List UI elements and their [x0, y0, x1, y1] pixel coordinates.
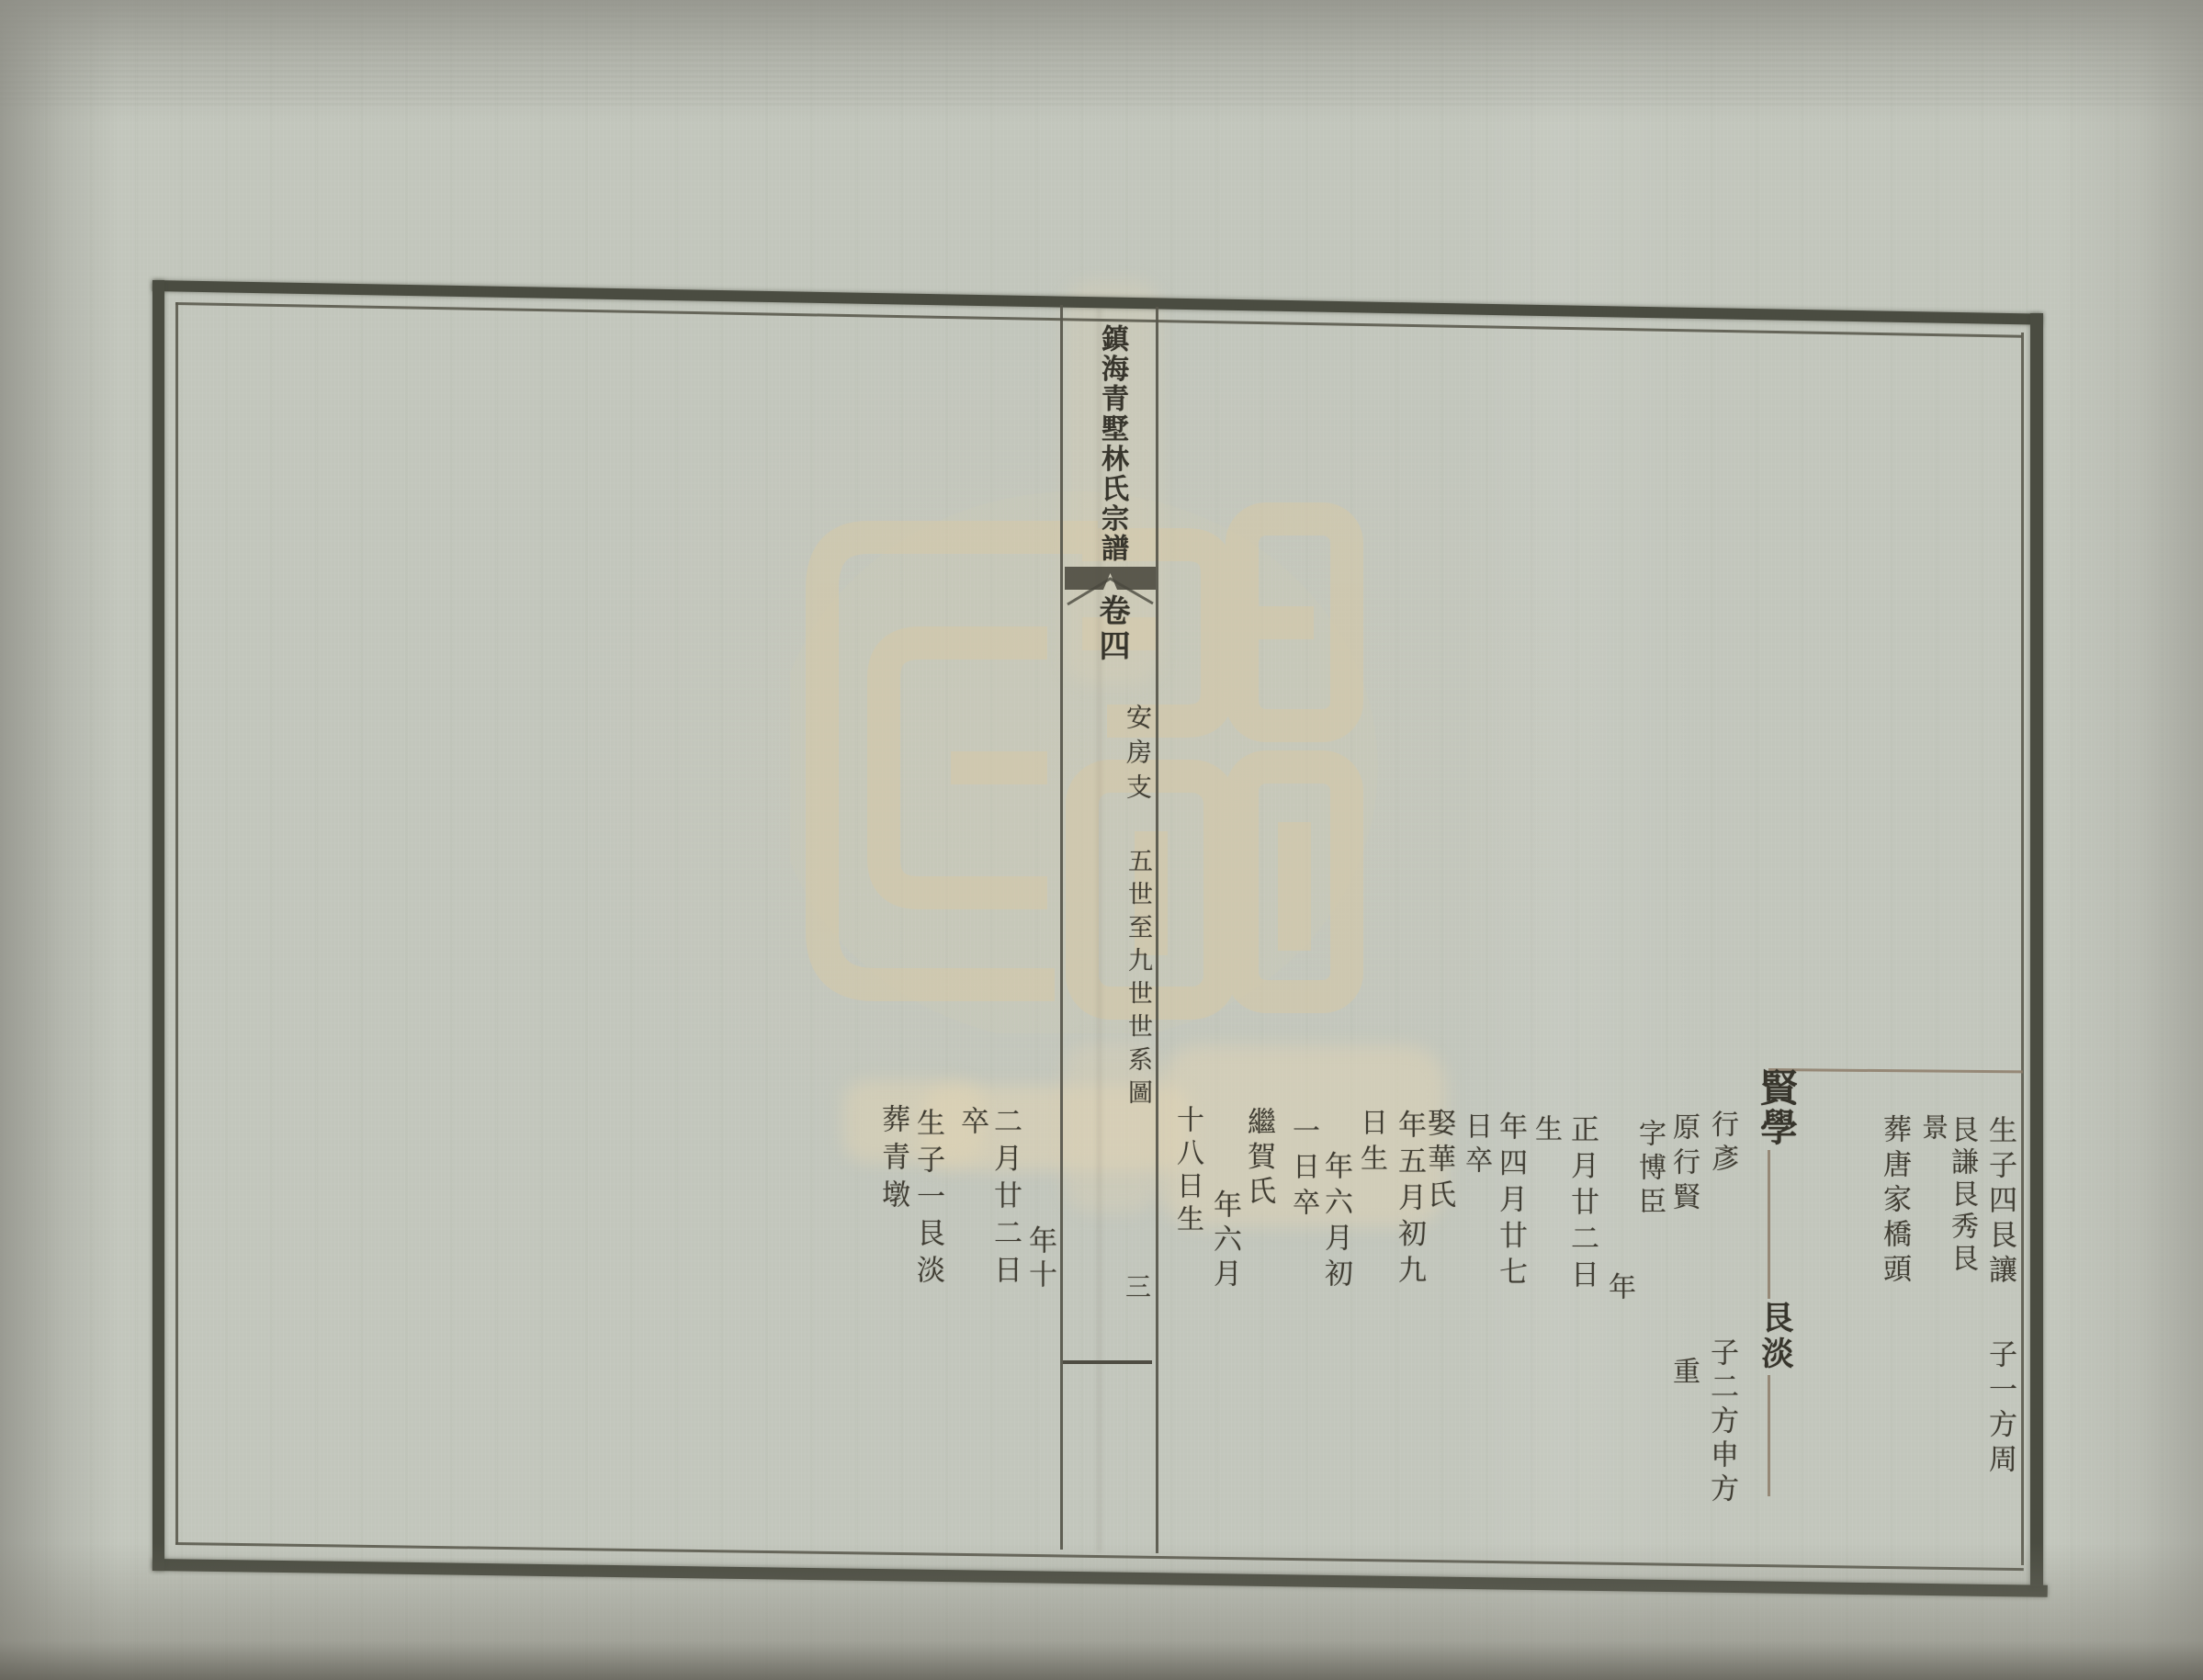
chart-connector-vertical-upper: [1768, 1150, 1770, 1299]
right-col-grandsons: 子二方申方: [1701, 1337, 1743, 1507]
right-col-grandson: 子一方周: [1980, 1339, 2021, 1479]
right-col-death-date: 年四月廿七: [1490, 1111, 1531, 1293]
right-col-death-date-cont: 日卒: [1455, 1111, 1496, 1179]
right-col-wife-birth: 年五月初九: [1389, 1110, 1430, 1291]
chart-connector-vertical-lower: [1768, 1375, 1770, 1496]
right-col-wife-death-cont: 一日卒: [1282, 1116, 1323, 1223]
banxin-title: 鎮海青墅林氏宗譜: [1091, 324, 1132, 564]
banxin-divider-line: [1063, 1360, 1152, 1364]
page-frame-right: [2030, 313, 2043, 1586]
banxin-section: 五世至九世世系圖: [1120, 848, 1156, 1112]
right-col-birth-year: 年: [1599, 1272, 1639, 1300]
banxin-volume: 卷四: [1090, 594, 1135, 664]
person-name: 賢學: [1749, 1068, 1803, 1147]
page-frame-left: [153, 280, 164, 1571]
left-col-died: 卒: [952, 1106, 993, 1134]
right-col-sons-list-3: 景: [1915, 1113, 1953, 1140]
child-name: 艮淡: [1752, 1301, 1798, 1372]
chart-connector-horizontal: [1768, 1068, 2023, 1073]
left-col-burial: 葬青墩: [873, 1104, 914, 1217]
right-col-sons-list-1: 生子四艮讓: [1980, 1115, 2021, 1290]
page-frame-inner-left: [175, 302, 178, 1544]
right-col-second-wife-birth-cont: 十八日生: [1167, 1105, 1207, 1237]
right-col-birth-date: 正月廿二日: [1562, 1114, 1603, 1296]
page-frame-inner-right: [2021, 333, 2024, 1565]
right-col-rank-name: 行彥: [1701, 1110, 1742, 1178]
banxin-rule-right: [1156, 307, 1158, 1553]
banxin-branch: 安房支: [1119, 704, 1156, 808]
right-col-second-wife-birth: 年六月: [1204, 1190, 1246, 1293]
scanned-genealogy-page: 鎮海青墅林氏宗譜 卷四 安房支 五世至九世世系圖 三 年十 二月廿二日 卒 生子…: [0, 0, 2203, 1680]
right-col-burial: 葬唐家橋頭: [1874, 1114, 1915, 1289]
right-col-grandsons-cont: 重: [1663, 1357, 1703, 1384]
scan-top-edge: [0, 0, 2203, 108]
right-col-courtesy-name: 字博臣: [1629, 1119, 1669, 1221]
page-number: 三: [1118, 1273, 1155, 1299]
